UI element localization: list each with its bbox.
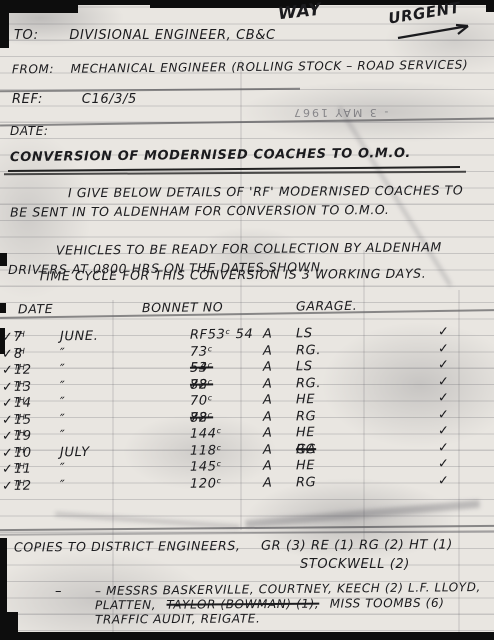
row-bonnet: 144ᶜ — [132, 426, 248, 427]
footer-dash: – — [55, 584, 62, 599]
row-bonnet: RF53ᶜ 54 — [132, 327, 248, 328]
col-bonnet: Bonnet No — [142, 299, 223, 315]
memo-page: WAY URGENT To: Divisional Engineer, CB&C… — [0, 0, 494, 640]
row-done-tick: ✓ — [438, 391, 450, 406]
copies-stockwell: Stockwell (2) — [300, 557, 410, 572]
paragraph-details: I give below details of 'RF' Modernised … — [10, 180, 478, 221]
ref-line: Ref: C16/3/5 — [12, 92, 137, 107]
edge-artifact — [0, 0, 9, 48]
title-underline — [8, 166, 460, 172]
row-tick: ✓ — [2, 330, 14, 345]
row-tick: ✓ — [2, 347, 14, 362]
recipients-line-2: Platten, Taylor (Bowman) (1), Miss Toomb… — [95, 596, 445, 612]
row-date: 10th — [14, 446, 25, 462]
row-month: ″ — [60, 412, 66, 427]
table-header: Date Bonnet No Garage. — [0, 296, 494, 317]
row-date: 8th — [14, 347, 25, 363]
copies-line: Copies to District Engineers, GR (3) RE … — [14, 536, 453, 555]
row-bonnet: 73ᶜ — [132, 344, 248, 345]
crease — [245, 500, 480, 528]
from-label: From: — [12, 62, 54, 76]
edge-artifact — [0, 0, 78, 13]
row-done-tick: ✓ — [438, 342, 450, 357]
row-date: 15th — [14, 413, 25, 429]
row-bonnet: 70ᶜ — [132, 393, 248, 394]
row-tick: ✓ — [2, 446, 14, 461]
row-tick: ✓ — [2, 413, 14, 428]
row-done-tick: ✓ — [438, 424, 450, 439]
row-mark: α — [263, 327, 273, 342]
col-date: Date — [18, 301, 53, 316]
edge-artifact — [486, 0, 494, 12]
edge-artifact — [0, 632, 494, 640]
row-tick: ✓ — [2, 380, 14, 395]
copies-counts: GR (3) RE (1) RG (2) HT (1) — [261, 537, 453, 553]
recipients-struck: Taylor (Bowman) (1), — [166, 597, 319, 612]
row-month: ″ — [60, 428, 66, 443]
row-tick: ✓ — [2, 429, 14, 444]
row-mark: α — [263, 476, 273, 491]
row-mark: α — [263, 344, 273, 359]
row-tick: ✓ — [2, 396, 14, 411]
urgent-arrow-icon — [396, 20, 480, 42]
row-done-tick: ✓ — [438, 408, 450, 423]
row-month: ″ — [60, 346, 66, 361]
crease — [55, 512, 240, 530]
row-bonnet: 120ᶜ — [132, 476, 248, 477]
row-month: July — [60, 445, 90, 460]
row-mark: α — [263, 459, 273, 474]
row-bonnet: 145ᶜ — [132, 459, 248, 460]
row-tick: ✓ — [2, 363, 14, 378]
row-bonnet: 118ᶜ — [132, 443, 248, 444]
row-mark: α — [263, 377, 273, 392]
row-bonnet: 54ᶜ 53 — [132, 360, 248, 361]
row-month: ″ — [60, 362, 66, 377]
date-line: Date: — [10, 124, 49, 138]
row-mark: α — [263, 360, 273, 375]
copies-label: Copies to District Engineers, — [14, 538, 241, 555]
row-mark: α — [263, 426, 273, 441]
recipients-pre: Platten, — [95, 598, 156, 612]
row-mark: α — [263, 443, 273, 458]
to-line: To: Divisional Engineer, CB&C — [14, 28, 276, 43]
row-bonnet: 78ᶜ 82 — [132, 377, 248, 378]
page-title: Conversion of Modernised Coaches to O.M.… — [10, 146, 411, 165]
row-month: ″ — [60, 478, 66, 493]
row-done-tick: ✓ — [438, 457, 450, 472]
row-date: 12th — [14, 479, 25, 495]
way-annotation: WAY — [277, 0, 322, 24]
from-value: Mechanical Engineer (Rolling Stock – Roa… — [70, 58, 468, 76]
to-value: Divisional Engineer, CB&C — [69, 28, 275, 43]
row-date: 14th — [14, 396, 25, 412]
date-label: Date: — [10, 124, 49, 138]
row-month: ″ — [60, 379, 66, 394]
row-month: ″ — [60, 461, 66, 476]
row-tick: ✓ — [2, 479, 14, 494]
row-done-tick: ✓ — [438, 358, 450, 373]
row-date: 7th — [14, 330, 25, 346]
from-line: From: Mechanical Engineer (Rolling Stock… — [12, 58, 468, 77]
row-month: June. — [60, 329, 99, 344]
to-label: To: — [14, 28, 39, 43]
row-done-tick: ✓ — [438, 375, 450, 390]
row-done-tick: ✓ — [438, 474, 450, 489]
recipients-line-3: Traffic Audit, Reigate. — [95, 611, 260, 626]
ref-label: Ref: — [12, 92, 43, 107]
row-date: 13th — [14, 380, 25, 396]
row-mark: α — [263, 410, 273, 425]
row-month: ″ — [60, 395, 66, 410]
rule-line — [0, 530, 494, 535]
row-done-tick: ✓ — [438, 441, 450, 456]
rule-line — [0, 525, 494, 531]
row-date: 11th — [14, 462, 25, 478]
rule-line — [0, 118, 494, 127]
row-tick: ✓ — [2, 462, 14, 477]
edge-artifact — [0, 253, 7, 266]
row-bonnet: 82ᶜ 78 — [132, 410, 248, 411]
row-date: 19th — [14, 429, 25, 445]
edge-artifact — [0, 612, 18, 640]
date-stamp: - 3 MAY 1967 — [292, 106, 388, 119]
col-garage: Garage. — [296, 298, 357, 314]
paragraph-timecycle: Time cycle for this conversion is 3 work… — [8, 265, 478, 283]
title-underline — [4, 171, 466, 175]
edge-artifact — [0, 538, 7, 640]
ref-value: C16/3/5 — [82, 92, 137, 107]
recipients-post: Miss Toombs (6) — [330, 596, 445, 611]
row-done-tick: ✓ — [438, 325, 450, 340]
row-date: 12th — [14, 363, 25, 379]
row-mark: α — [263, 393, 273, 408]
